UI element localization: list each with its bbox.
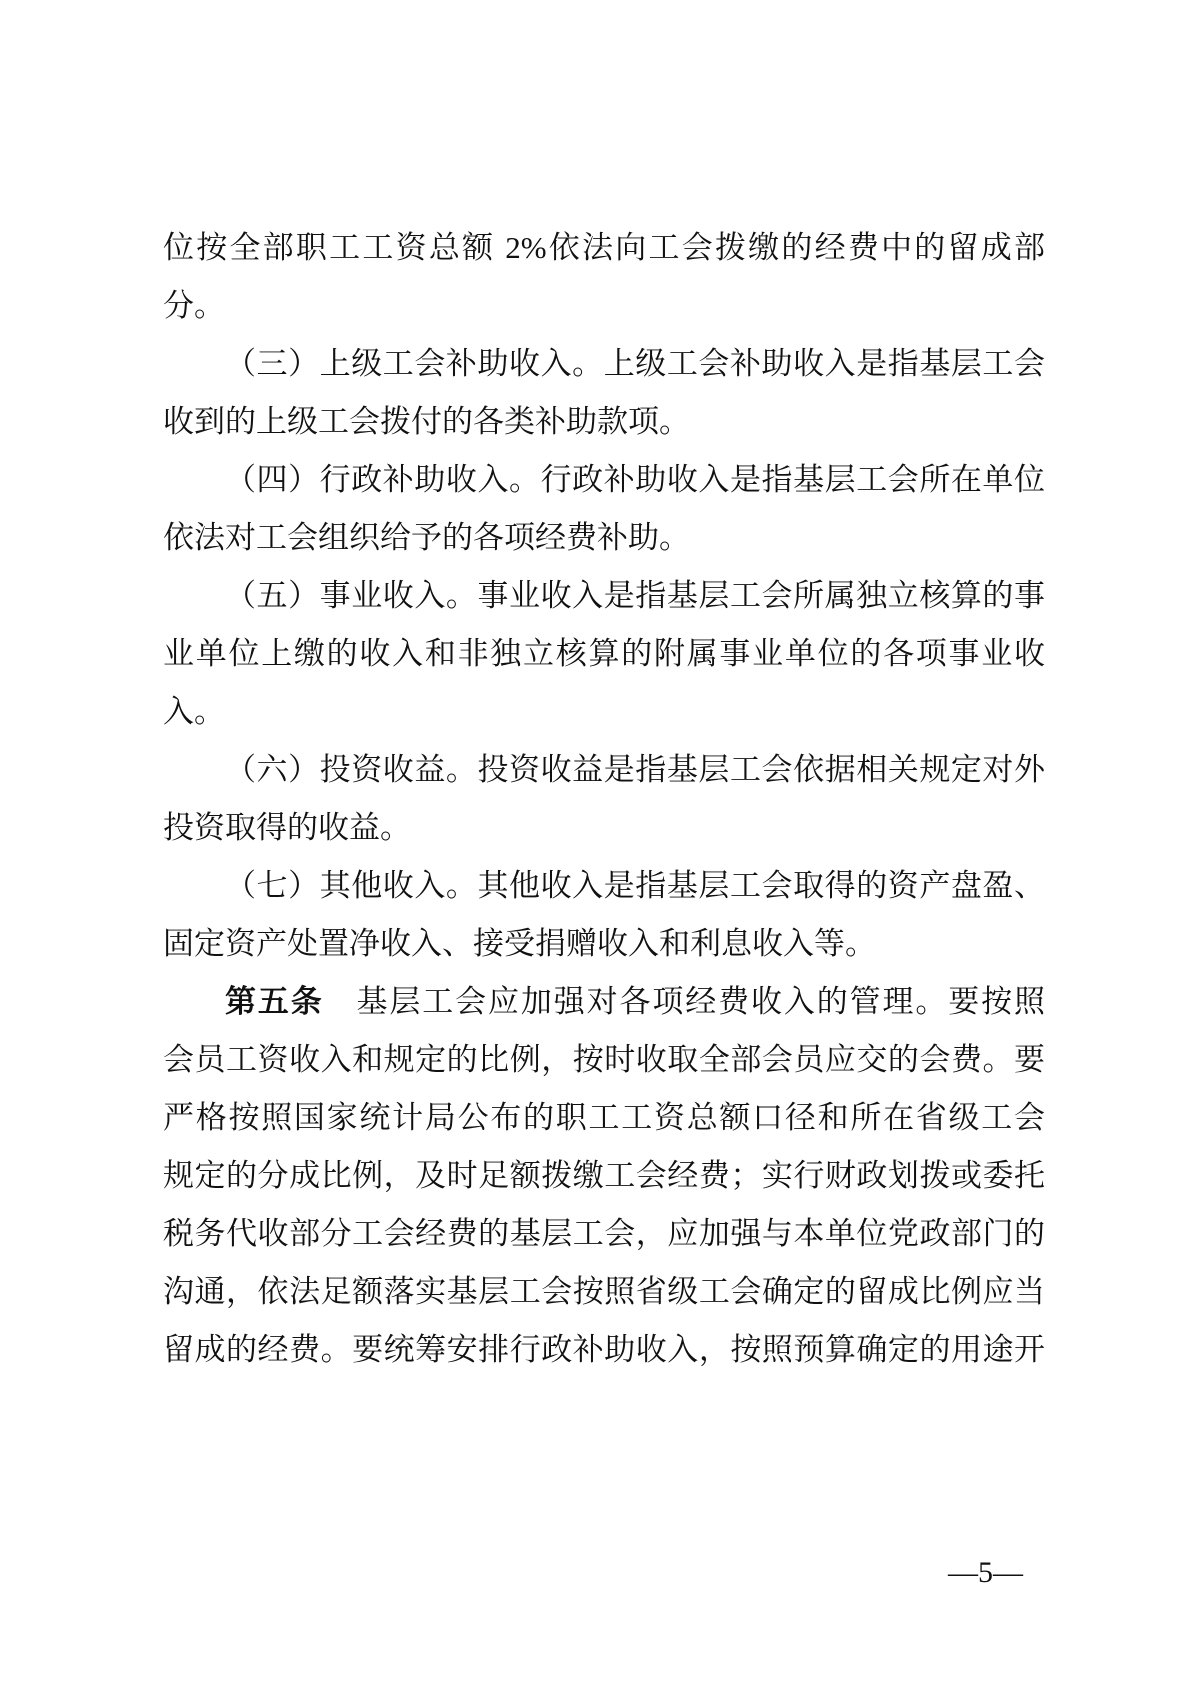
text-run: 分。	[163, 288, 225, 323]
text-run: 业单位上缴的收入和非独立核算的附属事业单位的各项事业收	[163, 636, 1045, 671]
text-run: 依法对工会组织给予的各项经费补助。	[163, 520, 690, 555]
text-line: （三）上级工会补助收入。上级工会补助收入是指基层工会	[163, 335, 1045, 393]
text-line: 留成的经费。要统筹安排行政补助收入，按照预算确定的用途开	[163, 1321, 1045, 1379]
text-line: （七）其他收入。其他收入是指基层工会取得的资产盘盈、	[163, 857, 1045, 915]
text-line: 分。	[163, 277, 1045, 335]
text-run: 会员工资收入和规定的比例，按时收取全部会员应交的会费。要	[163, 1042, 1045, 1077]
text-run: 固定资产处置净收入、接受捐赠收入和利息收入等。	[163, 926, 876, 961]
text-run: （五）事业收入。事业收入是指基层工会所属独立核算的事	[225, 578, 1045, 613]
text-line: 位按全部职工工资总额 2%依法向工会拨缴的经费中的留成部	[163, 219, 1045, 277]
text-run: 税务代收部分工会经费的基层工会，应加强与本单位党政部门的	[163, 1216, 1045, 1251]
text-line: 严格按照国家统计局公布的职工工资总额口径和所在省级工会	[163, 1089, 1045, 1147]
text-line: 固定资产处置净收入、接受捐赠收入和利息收入等。	[163, 915, 1045, 973]
text-run: 基层工会应加强对各项经费收入的管理。要按照	[324, 984, 1045, 1019]
text-line: 第五条 基层工会应加强对各项经费收入的管理。要按照	[163, 973, 1045, 1031]
text-run: 入。	[163, 694, 225, 729]
document-page: 位按全部职工工资总额 2%依法向工会拨缴的经费中的留成部分。（三）上级工会补助收…	[0, 0, 1199, 1696]
text-run: 投资取得的收益。	[163, 810, 411, 845]
text-run: 留成的经费。要统筹安排行政补助收入，按照预算确定的用途开	[163, 1332, 1045, 1367]
text-run: 规定的分成比例，及时足额拨缴工会经费；实行财政划拨或委托	[163, 1158, 1045, 1193]
text-run: 位按全部职工工资总额 2%依法向工会拨缴的经费中的留成部	[163, 230, 1045, 265]
text-line: 投资取得的收益。	[163, 799, 1045, 857]
article-number: 第五条	[225, 984, 324, 1019]
text-line: 会员工资收入和规定的比例，按时收取全部会员应交的会费。要	[163, 1031, 1045, 1089]
text-line: 规定的分成比例，及时足额拨缴工会经费；实行财政划拨或委托	[163, 1147, 1045, 1205]
text-line: （四）行政补助收入。行政补助收入是指基层工会所在单位	[163, 451, 1045, 509]
text-run: 沟通，依法足额落实基层工会按照省级工会确定的留成比例应当	[163, 1274, 1045, 1309]
text-line: 税务代收部分工会经费的基层工会，应加强与本单位党政部门的	[163, 1205, 1045, 1263]
text-line: （六）投资收益。投资收益是指基层工会依据相关规定对外	[163, 741, 1045, 799]
text-line: 沟通，依法足额落实基层工会按照省级工会确定的留成比例应当	[163, 1263, 1045, 1321]
text-run: （六）投资收益。投资收益是指基层工会依据相关规定对外	[225, 752, 1045, 787]
text-line: 收到的上级工会拨付的各类补助款项。	[163, 393, 1045, 451]
text-run: （四）行政补助收入。行政补助收入是指基层工会所在单位	[225, 462, 1045, 497]
text-run: 收到的上级工会拨付的各类补助款项。	[163, 404, 690, 439]
text-run: 严格按照国家统计局公布的职工工资总额口径和所在省级工会	[163, 1100, 1045, 1135]
text-line: 入。	[163, 683, 1045, 741]
text-line: （五）事业收入。事业收入是指基层工会所属独立核算的事	[163, 567, 1045, 625]
text-line: 业单位上缴的收入和非独立核算的附属事业单位的各项事业收	[163, 625, 1045, 683]
text-block: 位按全部职工工资总额 2%依法向工会拨缴的经费中的留成部分。（三）上级工会补助收…	[163, 219, 1045, 1379]
text-run: （七）其他收入。其他收入是指基层工会取得的资产盘盈、	[225, 868, 1045, 903]
text-run: （三）上级工会补助收入。上级工会补助收入是指基层工会	[225, 346, 1045, 381]
text-line: 依法对工会组织给予的各项经费补助。	[163, 509, 1045, 567]
page-number: —5—	[948, 1556, 1023, 1590]
